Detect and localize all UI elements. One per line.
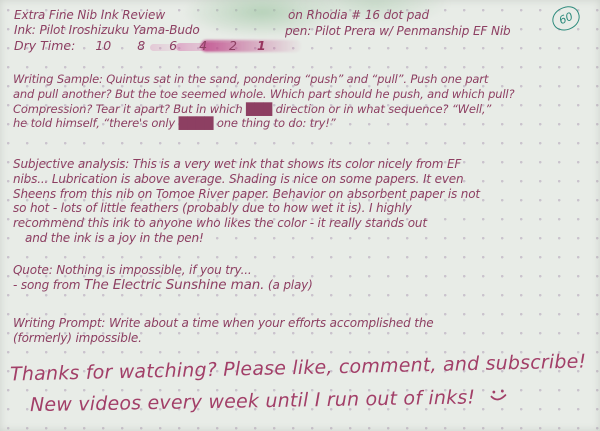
quote-attribution-suffix: (a play)	[264, 278, 312, 292]
quote-section: Quote: Nothing is impossible, if you try…	[13, 263, 313, 293]
dry-time-value: 6	[169, 38, 177, 53]
writing-sample-line: he told himself, “there's only ████ one …	[13, 116, 514, 131]
subjective-analysis-section: Subjective analysis: This is a very wet …	[13, 157, 480, 246]
ink-name-line: Ink: Pilot Iroshizuku Yama-Budo	[14, 23, 200, 37]
dry-time-label: Dry Time:	[14, 38, 75, 53]
quote-attribution-title: The Electric Sunshine man.	[84, 277, 264, 293]
page-number: 60	[557, 10, 575, 27]
writing-sample-section: Writing Sample: Quintus sat in the sand,…	[13, 72, 514, 131]
subjective-line: Subjective analysis: This is a very wet …	[13, 157, 480, 172]
writing-prompt-line: Writing Prompt: Write about a time when …	[13, 316, 434, 331]
dry-time-value: 8	[137, 38, 145, 53]
footer-newvideos-text: New videos every week until I run out of…	[30, 386, 476, 416]
dry-time-value: 2	[229, 38, 237, 53]
footer-newvideos-line: New videos every week until I run out of…	[30, 386, 510, 417]
subjective-line: recommend this ink to anyone who likes t…	[13, 216, 480, 231]
review-title: Extra Fine Nib Ink Review	[14, 8, 165, 22]
writing-prompt-line: (formerly) impossible.	[13, 331, 434, 346]
quote-attribution: - song from The Electric Sunshine man. (…	[13, 278, 313, 293]
writing-sample-line: and pull another? But the toe seemed who…	[13, 87, 514, 102]
dry-time-row: Dry Time: 10 8 6 4 2 1	[14, 38, 266, 53]
writing-sample-line: Writing Sample: Quintus sat in the sand,…	[13, 72, 514, 87]
quote-attribution-prefix: - song from	[13, 278, 84, 292]
subjective-line: Sheens from this nib on Tomoe River pape…	[13, 187, 480, 202]
smiley-icon	[489, 386, 509, 408]
pen-used-line: pen: Pilot Prera w/ Penmanship EF Nib	[285, 24, 511, 38]
paper-used-note: on Rhodia # 16 dot pad	[288, 8, 429, 22]
footer-thanks-line: Thanks for watching? Please like, commen…	[10, 350, 587, 385]
subjective-line: nibs... Lubrication is above average. Sh…	[13, 172, 480, 187]
writing-sample-line: Compression? Tear it apart? But in which…	[13, 102, 514, 117]
page-number-circle: 60	[549, 3, 584, 35]
dry-time-value: 4	[199, 38, 207, 53]
subjective-line: so hot - lots of little feathers (probab…	[13, 201, 480, 216]
subjective-line: and the ink is a joy in the pen!	[13, 231, 480, 246]
quote-line: Quote: Nothing is impossible, if you try…	[13, 263, 313, 278]
notebook-page: Extra Fine Nib Ink Review on Rhodia # 16…	[0, 0, 600, 431]
dry-time-value: 10	[95, 38, 111, 53]
dry-time-value: 1	[257, 38, 266, 53]
writing-prompt-section: Writing Prompt: Write about a time when …	[13, 316, 434, 346]
